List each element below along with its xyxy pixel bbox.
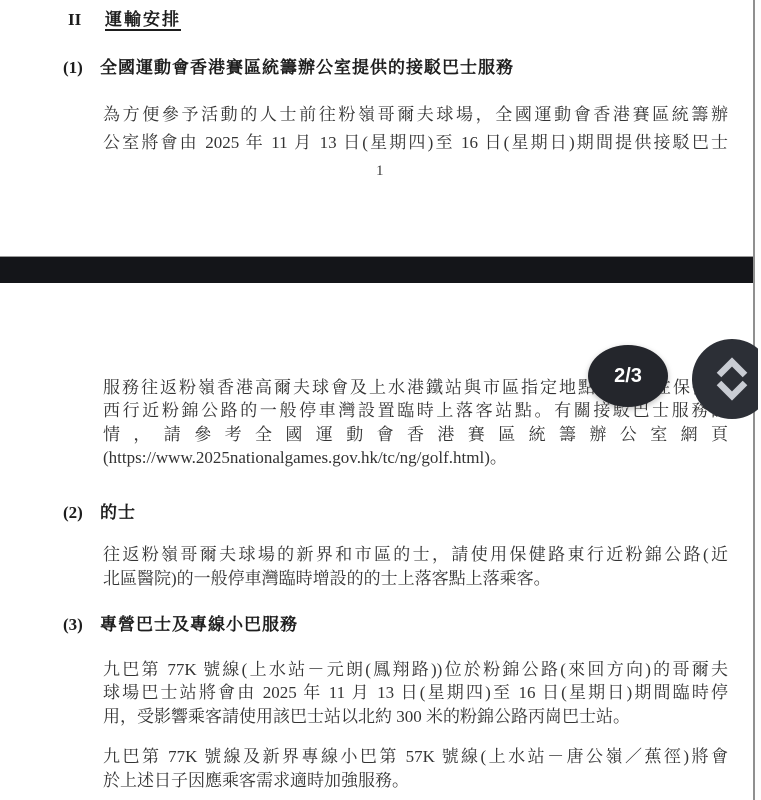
heading-3-title: 專營巴士及專線小巴服務 — [100, 615, 298, 635]
url-text: (https://www.2025nationalgames.gov.hk/tc… — [103, 446, 728, 469]
chevron-up-icon[interactable] — [719, 362, 745, 375]
page-indicator-label: 2/3 — [614, 365, 642, 388]
paragraph-line: 北區醫院)的一般停車灣臨時增設的的士上落客點上落乘客。 — [103, 567, 728, 591]
page-indicator-badge: 2/3 — [588, 345, 668, 407]
paragraph-line: 用，受影響乘客請使用該巴士站以北約 300 米的粉錦公路丙崗巴士站。 — [103, 705, 728, 728]
scroll-button-clip — [692, 339, 758, 419]
paragraph-taxi: 往返粉嶺哥爾夫球場的新界和市區的士，請使用保健路東行近粉錦公路(近 北區醫院)的… — [103, 543, 728, 591]
page-break-band — [0, 256, 754, 283]
heading-1-number: (1) — [63, 58, 83, 78]
paragraph-bus-77k: 九巴第 77K 號線(上水站－元朗(鳳翔路))位於粉錦公路(來回方向)的哥爾夫 … — [103, 658, 728, 728]
section-number: II — [68, 10, 81, 30]
page-number: 1 — [376, 163, 384, 180]
paragraph-line: 九巴第 77K 號線(上水站－元朗(鳳翔路))位於粉錦公路(來回方向)的哥爾夫 — [103, 658, 728, 681]
paragraph-line: 公室將會由 2025 年 11 月 13 日(星期四)至 16 日(星期日)期間… — [103, 129, 728, 157]
paragraph-line: 為方便參予活動的人士前往粉嶺哥爾夫球場，全國運動會香港賽區統籌辦 — [103, 101, 728, 129]
heading-2-title: 的士 — [100, 503, 136, 523]
heading-3-number: (3) — [63, 615, 83, 635]
scroll-chevrons — [692, 339, 758, 419]
paragraph-line: 九巴第 77K 號線及新界專線小巴第 57K 號線(上水站－唐公嶺／蕉徑)將會 — [103, 745, 728, 769]
paragraph-shuttle-intro: 為方便參予活動的人士前往粉嶺哥爾夫球場，全國運動會香港賽區統籌辦 公室將會由 2… — [103, 101, 728, 157]
chevron-down-icon[interactable] — [719, 383, 745, 396]
heading-2-number: (2) — [63, 503, 83, 523]
heading-1-title: 全國運動會香港賽區統籌辦公室提供的接駁巴士服務 — [100, 58, 514, 78]
paragraph-line: 球場巴士站將會由 2025 年 11 月 13 日(星期四)至 16 日(星期日… — [103, 681, 728, 704]
section-title: 運輸安排 — [105, 10, 181, 30]
paragraph-minibus-57k: 九巴第 77K 號線及新界專線小巴第 57K 號線(上水站－唐公嶺／蕉徑)將會 … — [103, 745, 728, 793]
paragraph-line: 情，請參考全國運動會香港賽區統籌辦公室網頁 — [103, 423, 728, 446]
scroll-button[interactable] — [692, 339, 758, 419]
paragraph-line: 於上述日子因應乘客需求適時加強服務。 — [103, 769, 728, 793]
paragraph-line: 往返粉嶺哥爾夫球場的新界和市區的士，請使用保健路東行近粉錦公路(近 — [103, 543, 728, 567]
